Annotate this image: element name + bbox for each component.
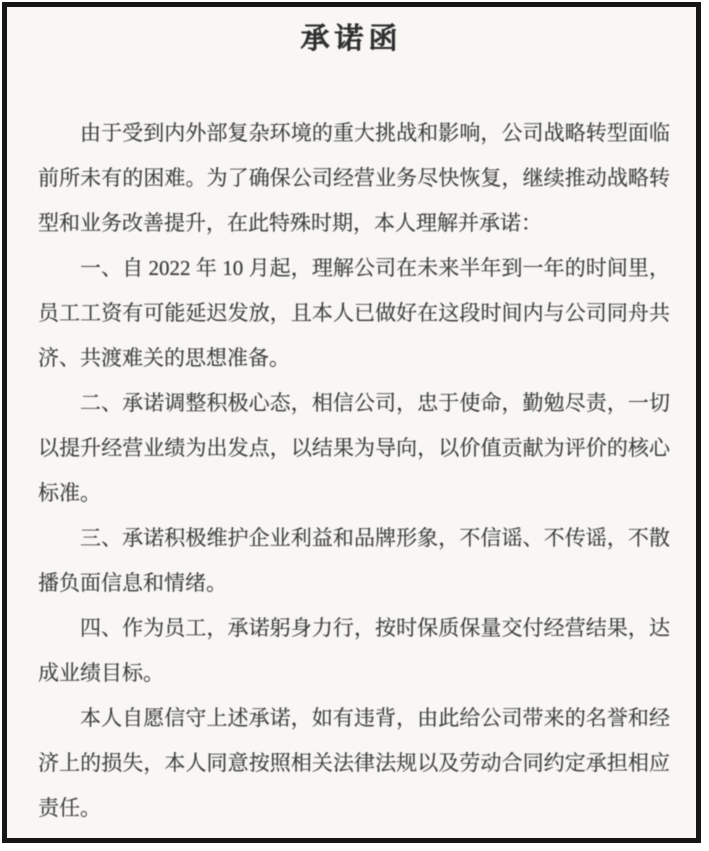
paragraph-item-3: 三、承诺积极维护企业利益和品牌形象，不信谣、不传谣，不散播负面信息和情绪。 <box>38 516 670 606</box>
paragraph-closing: 本人自愿信守上述承诺，如有违背，由此给公司带来的名誉和经济上的损失，本人同意按照… <box>38 696 670 831</box>
paragraph-intro: 由于受到内外部复杂环境的重大挑战和影响，公司战略转型面临前所未有的困难。为了确保… <box>38 111 670 246</box>
document-page: 承诺函 由于受到内外部复杂环境的重大挑战和影响，公司战略转型面临前所未有的困难。… <box>7 7 696 838</box>
document-photo-frame: 承诺函 由于受到内外部复杂环境的重大挑战和影响，公司战略转型面临前所未有的困难。… <box>2 2 701 843</box>
paragraph-item-2: 二、承诺调整积极心态，相信公司，忠于使命，勤勉尽责，一切以提升经营业绩为出发点，… <box>38 381 670 516</box>
document-body: 由于受到内外部复杂环境的重大挑战和影响，公司战略转型面临前所未有的困难。为了确保… <box>38 111 670 831</box>
document-title: 承诺函 <box>38 20 665 58</box>
paragraph-item-4: 四、作为员工，承诺躬身力行，按时保质保量交付经营结果，达成业绩目标。 <box>38 606 670 696</box>
paragraph-item-1: 一、自 2022 年 10 月起，理解公司在未来半年到一年的时间里，员工工资有可… <box>38 246 670 381</box>
